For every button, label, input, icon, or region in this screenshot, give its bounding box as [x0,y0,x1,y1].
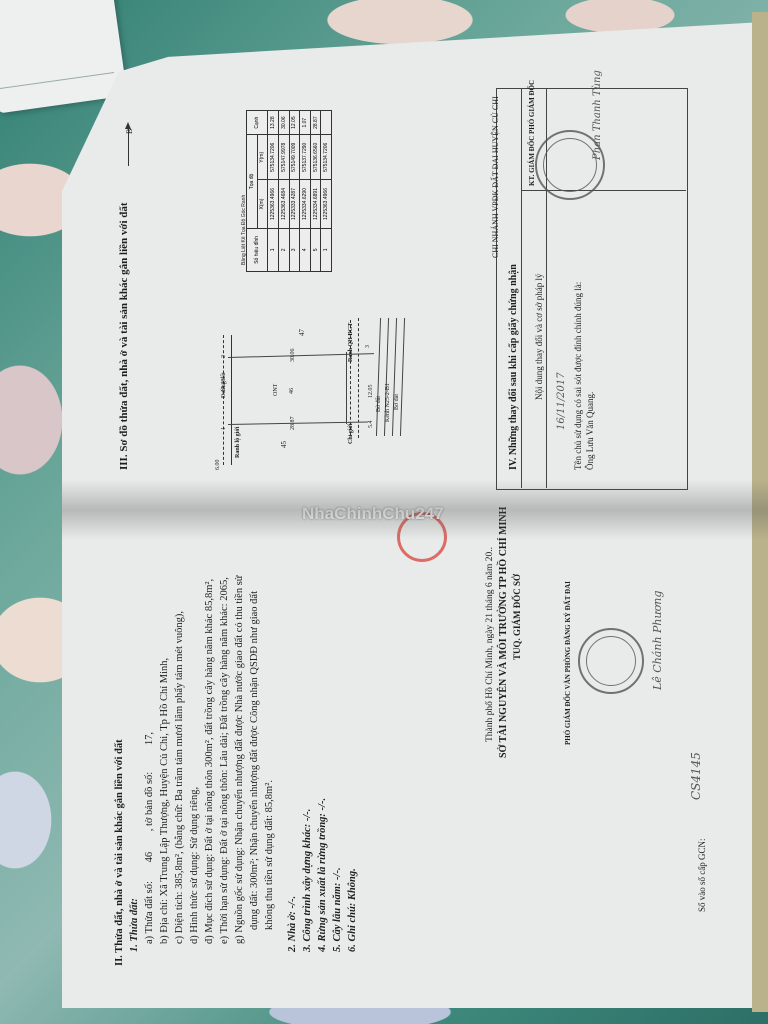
th-edge: Cạnh [247,111,268,135]
section-ii-heading: II. Thửa đất, nhà ở và tài sản khác gắn … [112,546,127,966]
cell-x: 1225333.4287 [289,180,300,228]
north-label: B [124,129,136,134]
cell-edge: 30.06 [278,111,289,135]
section-iv-heading: IV. Những thay đổi sau khi cấp giấy chứn… [508,264,520,470]
cell-x: 1225363.4966 [321,180,332,228]
section-iii-heading: III. Sơ đồ thửa đất, nhà ở và tài sản kh… [118,202,130,470]
signer-name: Lê Chánh Phương [652,591,664,690]
table-row: 11225363.4966575134.7206 [321,111,332,272]
th-coord: Tọa độ [247,135,258,228]
land-code: ONT [270,384,282,396]
usage-purpose-line: đ) Mục đích sử dụng: Đất ở tại nông thôn… [202,546,217,966]
cell-edge: 12.05 [289,111,300,135]
signature-date-line: Thành phố Hồ Chí Minh, ngày 21 tháng 6 n… [484,547,496,742]
branch-signer: Phan Thanh Tùng [592,70,604,160]
notes-item: 6. Ghi chú: Không. [345,546,360,966]
chi-gioi-label: Chỉ giới [345,424,357,445]
signature-authority: SỞ TÀI NGUYÊN VÀ MÔI TRƯỜNG TP HỒ CHÍ MI… [498,507,510,758]
signature-tuq: TUQ. GIÁM ĐỐC SỞ [511,574,523,660]
signature-deputy-title: PHÓ GIÁM ĐỐC VĂN PHÒNG ĐĂNG KÝ ĐẤT ĐAI [562,581,574,745]
area-line: c) Diện tích: 385,8m², (bằng chữ: Ba tră… [172,546,187,966]
map-sheet-number: 17, [144,732,155,745]
map-sheet-label: , tờ bản đồ số: [144,772,155,832]
forest-item: 4. Rừng sản xuất là rừng trồng: -/-. [315,546,330,966]
origin-line-2: dụng đất: 300m²; Nhận chuyển nhượng đất … [247,546,262,966]
section-iv-entry-date: 16/11/2017 [556,372,568,430]
cell-y: 575136.6560 [310,135,321,180]
origin-line-3: không thu tiền sử dụng đất: 85,8m². [262,546,277,966]
cell-edge: 1.07 [300,111,311,135]
gcn-label: Số vào sổ cấp GCN: [696,839,708,913]
edge-lower-label: 28.87 [287,417,299,431]
cell-point: 1 [268,228,279,271]
width-mark: 6.00 [212,460,224,471]
perennial-tree-item: 5. Cây lâu năm: -/-. [330,546,345,966]
origin-line-1: g) Nguồn gốc sử dụng: Nhận chuyển nhượng… [232,546,247,966]
th-x: X(m) [257,180,268,228]
parcel-number: 46 [144,852,155,863]
parcel-label: 46 [286,388,298,394]
section-iv-entry-text: Tên chủ sử dụng có sai sót được đính chí… [572,282,584,470]
cell-x: 1225334.6290 [300,180,311,228]
boundary-right-label: Ranh QH ĐGT [345,323,357,362]
neighbor-right: 47 [296,329,308,336]
parcel-number-label: a) Thửa đất số: [144,881,155,944]
edge-upper-label: 30.06 [287,349,299,363]
vertex-1: 1 [218,427,230,430]
table-row: 31225333.4287575149.700912.05 [289,111,300,272]
planning-dash-line [358,318,360,438]
bank-label-2: Bờ đất [391,394,403,410]
cell-x: 1225363.4684 [278,180,289,228]
cell-edge [321,111,332,135]
edge-short-label: 5.4 [365,421,377,429]
cell-point: 3 [289,228,300,271]
table-row: 21225363.4684575147.997830.06 [278,111,289,272]
neighbor-left: 45 [278,441,290,448]
vertex-2: 2 [218,355,230,358]
vertex-3: 3 [362,345,374,348]
section-iv-col-content: Nội dung thay đổi và cơ sở pháp lý [533,273,545,400]
parcel-edge-right [346,352,347,424]
cell-point: 2 [278,228,289,271]
coordinate-table: Số hiệu đỉnh Tọa độ Cạnh X(m) Y(m) 11225… [246,110,332,272]
cell-x: 1225363.4966 [268,180,279,228]
parcel-number-line: a) Thửa đất số: 46 , tờ bản đồ số: 17, [142,546,157,966]
cell-y: 575137.7290 [300,135,311,180]
table-row: 51225334.6891575136.656028.87 [310,111,321,272]
usage-form-line: d) Hình thức sử dụng: Sử dụng riêng, [187,546,202,966]
cell-point: 5 [310,228,321,271]
official-seal-icon [578,628,644,694]
table-row: 11225363.4966575134.720613.28 [268,111,279,272]
gcn-value: CS4145 [690,752,702,800]
address-line: b) Địa chỉ: Xã Trung Lập Thượng, Huyện C… [157,546,172,966]
section-ii: II. Thửa đất, nhà ở và tài sản khác gắn … [112,546,360,966]
usage-term-line: e) Thời hạn sử dụng: Đất ở tại nông thôn… [217,546,232,966]
section-iv-divider-1 [521,88,522,488]
cell-y: 575147.9978 [278,135,289,180]
cell-y: 575134.7206 [321,135,332,180]
other-construction-item: 3. Công trình xây dựng khác: -/-. [300,546,315,966]
branch-name: CHI NHÁNH VPĐK ĐẤT ĐAI HUYỆN CỦ CHI [490,96,502,258]
cell-edge: 28.87 [310,111,321,135]
fold-shadow [62,480,768,540]
sub-heading-parcel: 1. Thửa đất: [127,546,142,966]
cell-point: 1 [321,228,332,271]
table-row: 41225334.6290575137.72901.07 [300,111,311,272]
th-y: Y(m) [257,135,268,180]
edge-top-label: 13.28 [218,379,230,393]
cell-edge: 13.28 [268,111,279,135]
boundary-left-label: Ranh lộ giới [232,427,244,458]
th-point: Số hiệu đỉnh [247,228,268,271]
cell-y: 575149.7009 [289,135,300,180]
cell-y: 575134.7206 [268,135,279,180]
house-item: 2. Nhà ở: -/-. [285,546,300,966]
cell-x: 1225334.6891 [310,180,321,228]
cell-point: 4 [300,228,311,271]
section-iv-entry-name: Ông Lưu Văn Quang. [584,392,596,470]
